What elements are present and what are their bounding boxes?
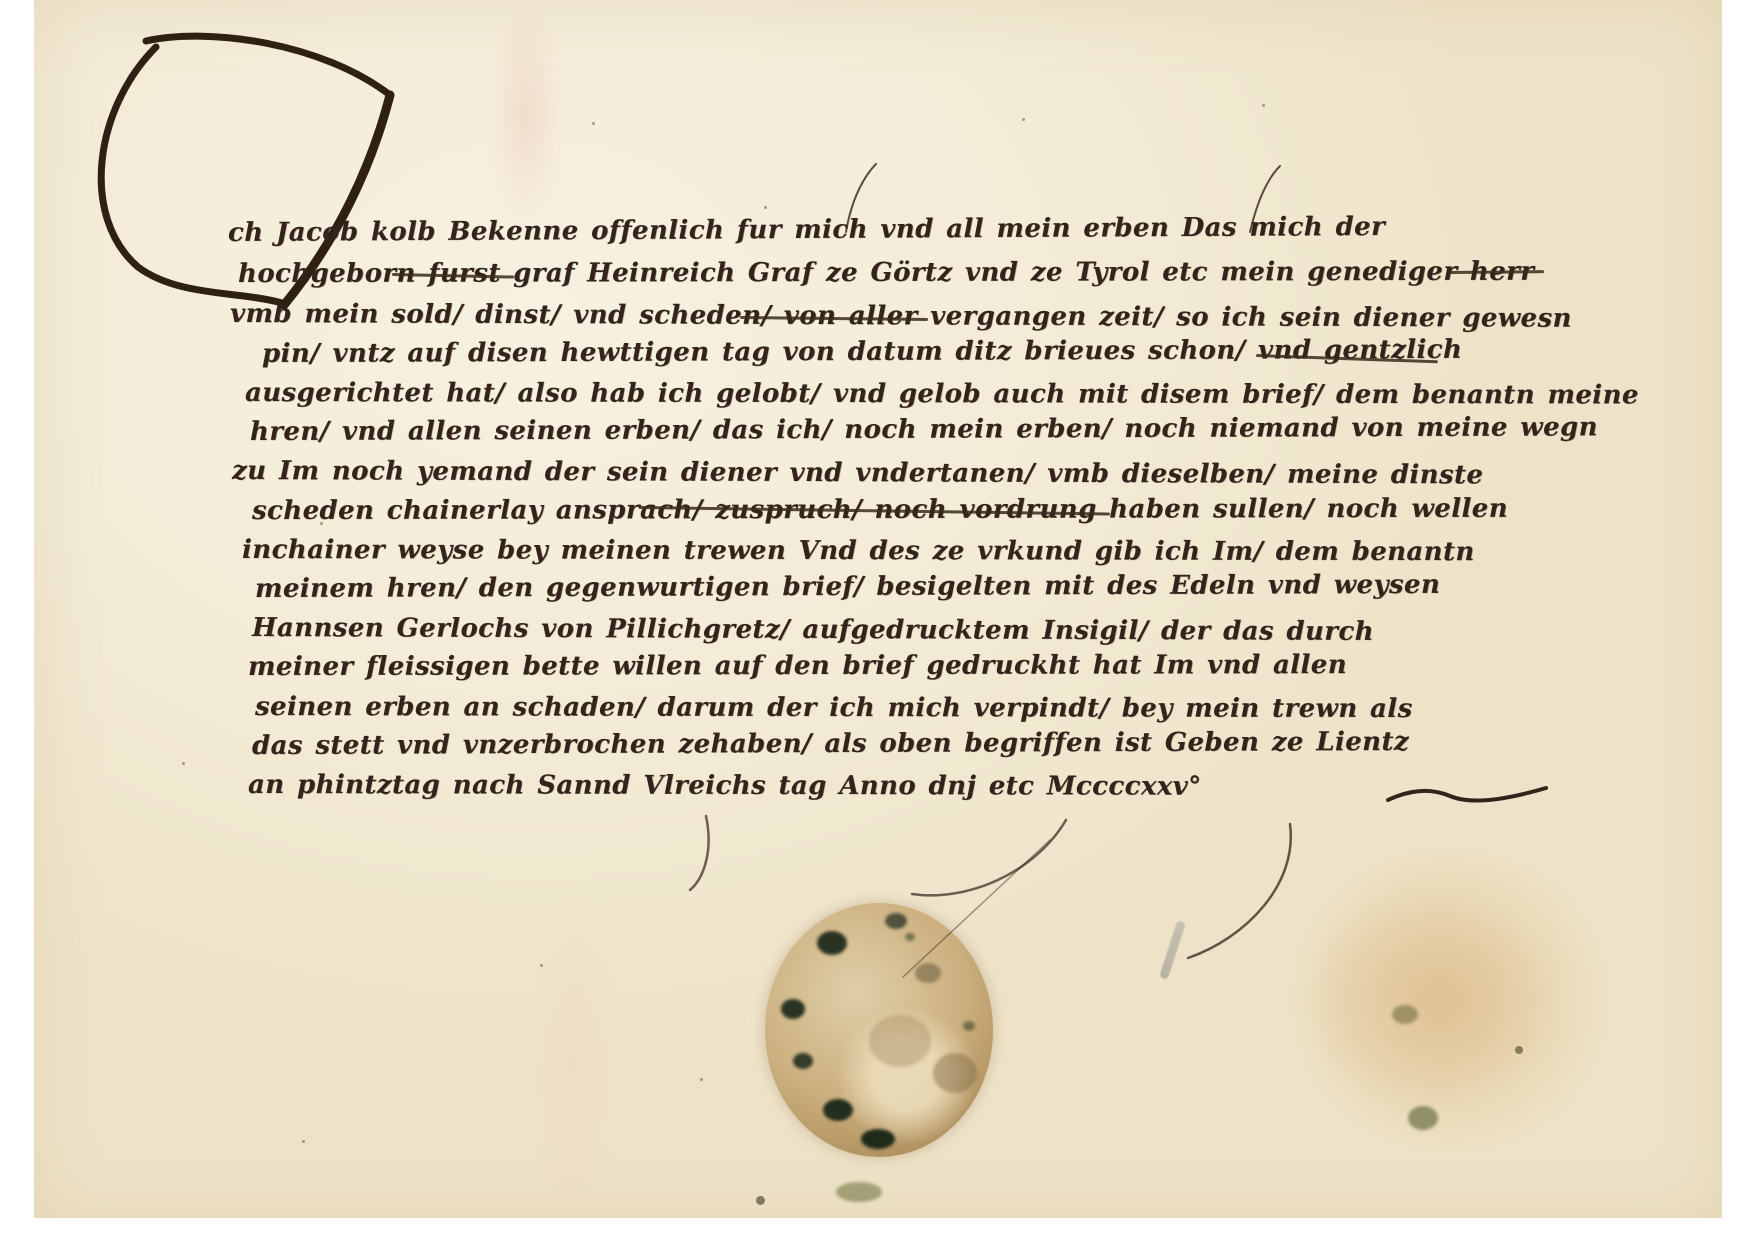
manuscript-line: ch Jacob kolb Bekenne offenlich fur mich… — [228, 212, 1385, 248]
manuscript-line: seinen erben an schaden/ darum der ich m… — [255, 692, 1413, 724]
manuscript-line: ausgerichtet hat/ also hab ich gelobt/ v… — [245, 378, 1639, 410]
manuscript-line: meiner fleissigen bette willen auf den b… — [248, 650, 1347, 682]
manuscript-line: Hannsen Gerlochs von Pillichgretz/ aufge… — [252, 613, 1374, 647]
seal-spot — [793, 1053, 813, 1069]
ink-speck — [1262, 104, 1265, 107]
manuscript-line: pin/ vntz auf disen hewttigen tag von da… — [262, 335, 1462, 369]
ink-speck — [592, 122, 595, 125]
ink-speck — [700, 1078, 703, 1081]
document-scan: ch Jacob kolb Bekenne offenlich fur mich… — [0, 0, 1754, 1240]
ink-speck — [756, 1196, 765, 1205]
ink-speck — [764, 206, 767, 209]
wax-seal — [765, 903, 993, 1157]
ink-speck — [302, 1140, 305, 1143]
ink-blot — [1392, 1005, 1418, 1024]
seal-spot — [885, 913, 907, 929]
ink-speck — [182, 762, 185, 765]
seal-spot — [817, 931, 847, 955]
manuscript-line: an phintztag nach Sannd Vlreichs tag Ann… — [248, 770, 1202, 802]
ink-speck — [1106, 426, 1109, 429]
seal-spot — [861, 1129, 895, 1149]
manuscript-line: inchainer weyse bey meinen trewen Vnd de… — [242, 535, 1475, 567]
seal-spot — [869, 1015, 931, 1067]
manuscript-line: vmb mein sold/ dinst/ vnd scheden/ von a… — [230, 299, 1572, 334]
manuscript-line: das stett vnd vnzerbrochen zehaben/ als … — [252, 727, 1409, 761]
ink-blot — [1408, 1106, 1438, 1130]
seal-spot — [915, 963, 941, 983]
ink-speck — [320, 522, 323, 525]
ink-speck — [1022, 118, 1025, 121]
seal-spot — [905, 933, 915, 941]
manuscript-line: meinem hren/ den gegenwurtigen brief/ be… — [255, 570, 1440, 604]
seal-spot — [823, 1099, 853, 1121]
manuscript-line: hren/ vnd allen seinen erben/ das ich/ n… — [250, 412, 1598, 447]
ink-speck — [1515, 1046, 1523, 1054]
seal-spot — [963, 1021, 975, 1031]
seal-stain — [1280, 850, 1620, 1150]
seal-spot — [781, 999, 805, 1019]
manuscript-line: zu Im noch yemand der sein diener vnd vn… — [232, 456, 1483, 490]
ink-smudge — [836, 1182, 882, 1202]
seal-spot — [933, 1053, 977, 1093]
ink-speck — [540, 964, 543, 967]
